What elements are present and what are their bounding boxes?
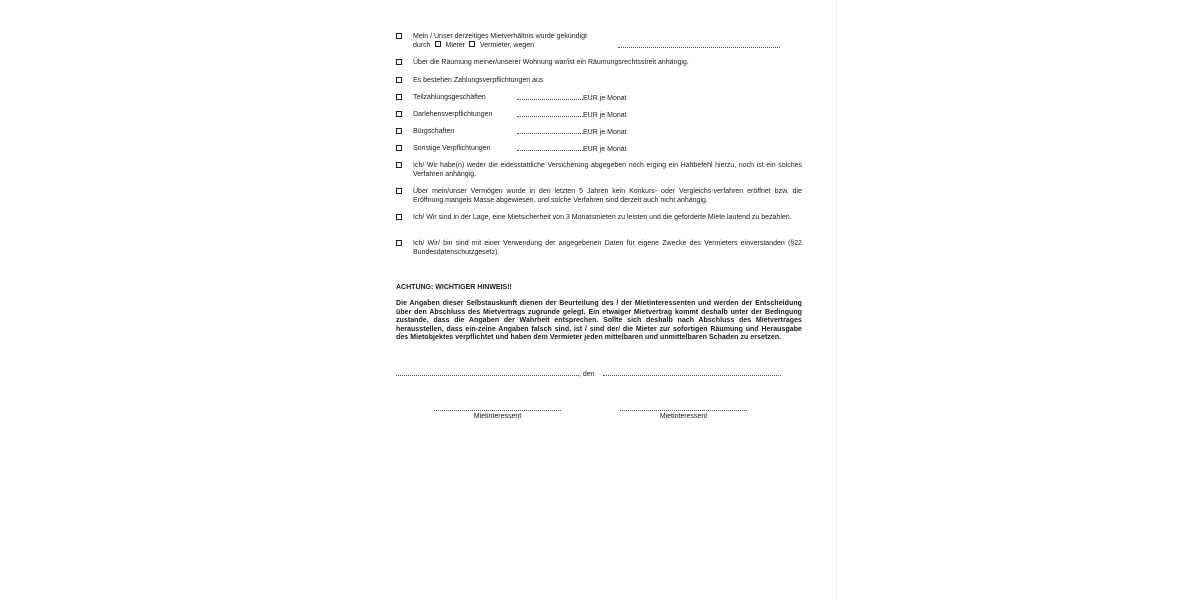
declaration-item: Ich/ Wir sind in der Lage, eine Mietsich… [396,213,802,231]
obligation-row: Bürgschaften EUR je Monat [396,127,802,136]
obligation-amount: EUR je Monat [517,93,627,103]
checkbox-declaration[interactable] [396,240,402,246]
checkbox-vermieter[interactable] [469,41,475,47]
signature-block: Mietinteressent [434,404,561,421]
declaration-text: Ich/ Wir/ bin sind mit einer Verwendung … [413,239,802,257]
amount-field[interactable] [517,127,583,134]
amount-field[interactable] [517,144,583,151]
signature-block: Mietinteressent [620,404,747,421]
checkbox-declaration[interactable] [396,214,402,220]
obligation-row: Teilzahlungsgeschäften EUR je Monat [396,93,802,102]
date-field[interactable] [603,369,781,376]
item-tenancy-terminated: Mein / Unser derzeitiges Mietverhältnis … [396,32,802,50]
declaration-item: Ich/ Wir habe(n) weder die eidesstattlic… [396,161,802,179]
signature-line[interactable] [620,404,747,411]
obligation-label: Sonstige Verpflichtungen [413,144,490,153]
obligation-label: Teilzahlungsgeschäften [413,93,486,102]
signature-caption: Mietinteressent [620,412,747,421]
checkbox-declaration[interactable] [396,162,402,168]
item-text: Mein / Unser derzeitiges Mietverhältnis … [413,32,802,41]
obligation-amount: EUR je Monat [517,110,627,120]
item-text: Es bestehen Zahlungsverpflichtungen aus [413,76,802,85]
warning-text: Die Angaben dieser Selbstauskunft dienen… [396,300,802,343]
checkbox-obligation[interactable] [396,111,402,117]
checkbox-payment-obligations[interactable] [396,77,402,83]
item-payment-obligations: Es bestehen Zahlungsverpflichtungen aus [396,76,802,85]
checkbox-obligation[interactable] [396,94,402,100]
reason-field[interactable] [618,41,780,48]
checkbox-tenancy-terminated[interactable] [396,33,402,39]
amount-field[interactable] [517,93,583,100]
amount-field[interactable] [517,110,583,117]
termination-by-row: durchMieterVermieter, wegen [413,41,534,50]
obligation-row: Darlehensverpflichtungen EUR je Monat [396,110,802,119]
signature-line[interactable] [434,404,561,411]
declaration-text: Ich/ Wir sind in der Lage, eine Mietsich… [413,213,802,222]
declaration-item: Über mein/unser Vermögen wurde in den le… [396,187,802,205]
obligation-row: Sonstige Verpflichtungen EUR je Monat [396,144,802,153]
obligation-amount: EUR je Monat [517,127,627,137]
obligation-label: Bürgschaften [413,127,454,136]
checkbox-obligation[interactable] [396,145,402,151]
amount-suffix: EUR je Monat [583,95,627,102]
date-connector: , den [579,371,595,378]
option-mieter-label: Mieter [446,42,465,49]
item-eviction-lawsuit: Über die Räumung meiner/unserer Wohnung … [396,58,802,67]
checkbox-declaration[interactable] [396,188,402,194]
warning-heading: ACHTUNG: WICHTIGER HINWEIS!! [396,283,512,292]
option-vermieter-label: Vermieter, wegen [480,42,534,49]
place-field[interactable] [396,369,579,376]
signature-caption: Mietinteressent [434,412,561,421]
declaration-item: Ich/ Wir/ bin sind mit einer Verwendung … [396,239,802,257]
termination-by-label: durch [413,42,431,49]
declaration-text: Über mein/unser Vermögen wurde in den le… [413,187,802,205]
obligation-amount: EUR je Monat [517,144,627,154]
obligation-label: Darlehensverpflichtungen [413,110,492,119]
item-text: Über die Räumung meiner/unserer Wohnung … [413,58,802,67]
checkbox-eviction-lawsuit[interactable] [396,59,402,65]
amount-suffix: EUR je Monat [583,112,627,119]
amount-suffix: EUR je Monat [583,146,627,153]
amount-suffix: EUR je Monat [583,129,627,136]
place-date-row: , den [396,369,786,379]
checkbox-mieter[interactable] [435,41,441,47]
declaration-text: Ich/ Wir habe(n) weder die eidesstattlic… [413,161,802,179]
page-edge [836,0,837,600]
checkbox-obligation[interactable] [396,128,402,134]
